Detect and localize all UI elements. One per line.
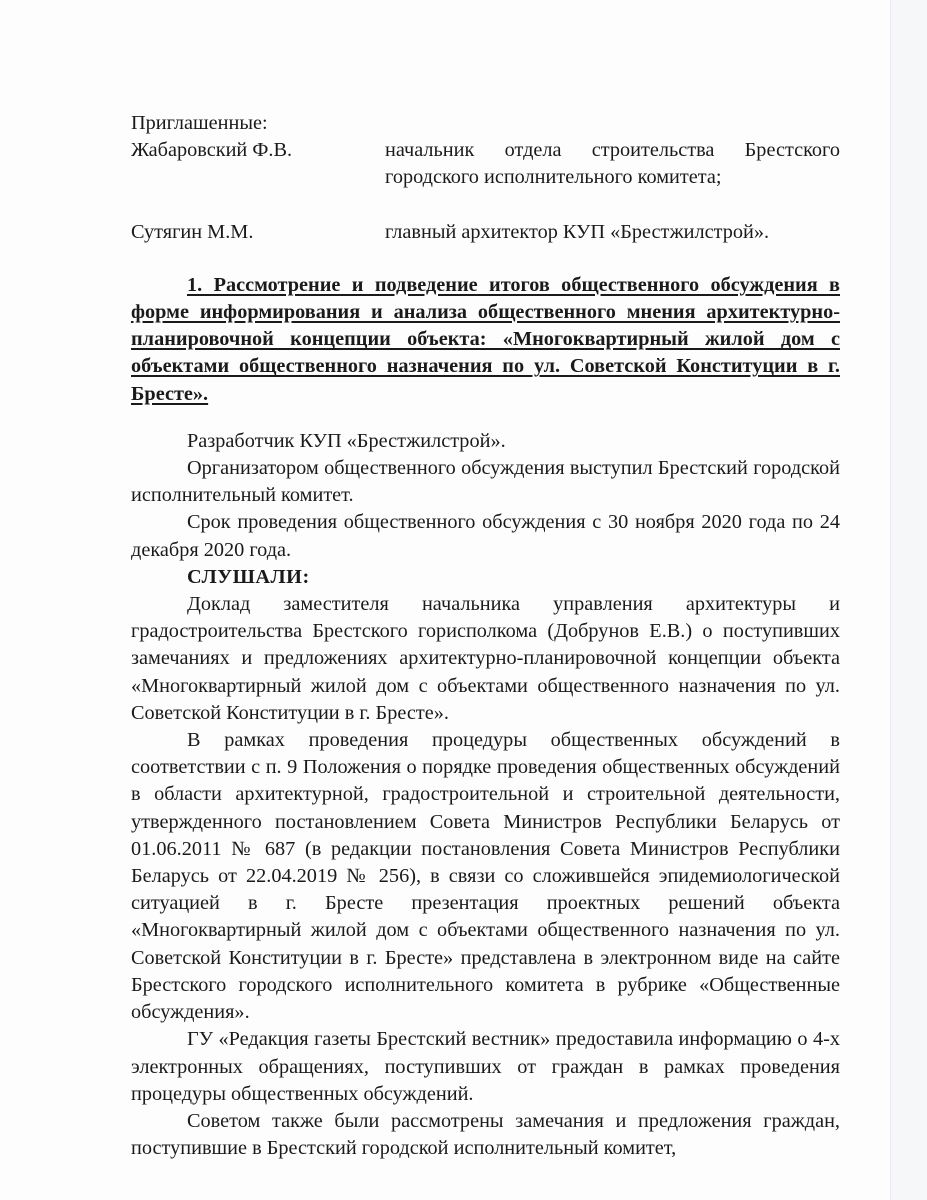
organizer-paragraph: Организатором общественного обсуждения в… — [131, 455, 840, 509]
invited-person: Сутягин М.М. главный архитектор КУП «Бре… — [131, 219, 840, 246]
scan-page-edge — [890, 0, 927, 1200]
period-paragraph: Срок проведения общественного обсуждения… — [131, 509, 840, 563]
heard-label: СЛУШАЛИ: — [131, 564, 840, 591]
council-paragraph: Советом также были рассмотрены замечания… — [131, 1108, 840, 1162]
developer-paragraph: Разработчик КУП «Брестжилстрой». — [131, 428, 840, 455]
report-paragraph: Доклад заместителя начальника управления… — [131, 591, 840, 727]
invited-person-role: начальник отдела строительства Брестског… — [385, 137, 840, 191]
agenda-item-heading: 1. Рассмотрение и подведение итогов обще… — [131, 272, 840, 408]
invited-person: Жабаровский Ф.В. начальник отдела строит… — [131, 137, 840, 191]
document-page: Приглашенные: Жабаровский Ф.В. начальник… — [131, 110, 840, 1162]
newspaper-paragraph: ГУ «Редакция газеты Брестский вестник» п… — [131, 1026, 840, 1108]
procedure-paragraph: В рамках проведения процедуры общественн… — [131, 727, 840, 1026]
invited-person-role: главный архитектор КУП «Брестжилстрой». — [385, 219, 840, 246]
invited-label: Приглашенные: — [131, 110, 840, 137]
invited-person-name: Жабаровский Ф.В. — [131, 137, 385, 191]
invited-person-name: Сутягин М.М. — [131, 219, 385, 246]
